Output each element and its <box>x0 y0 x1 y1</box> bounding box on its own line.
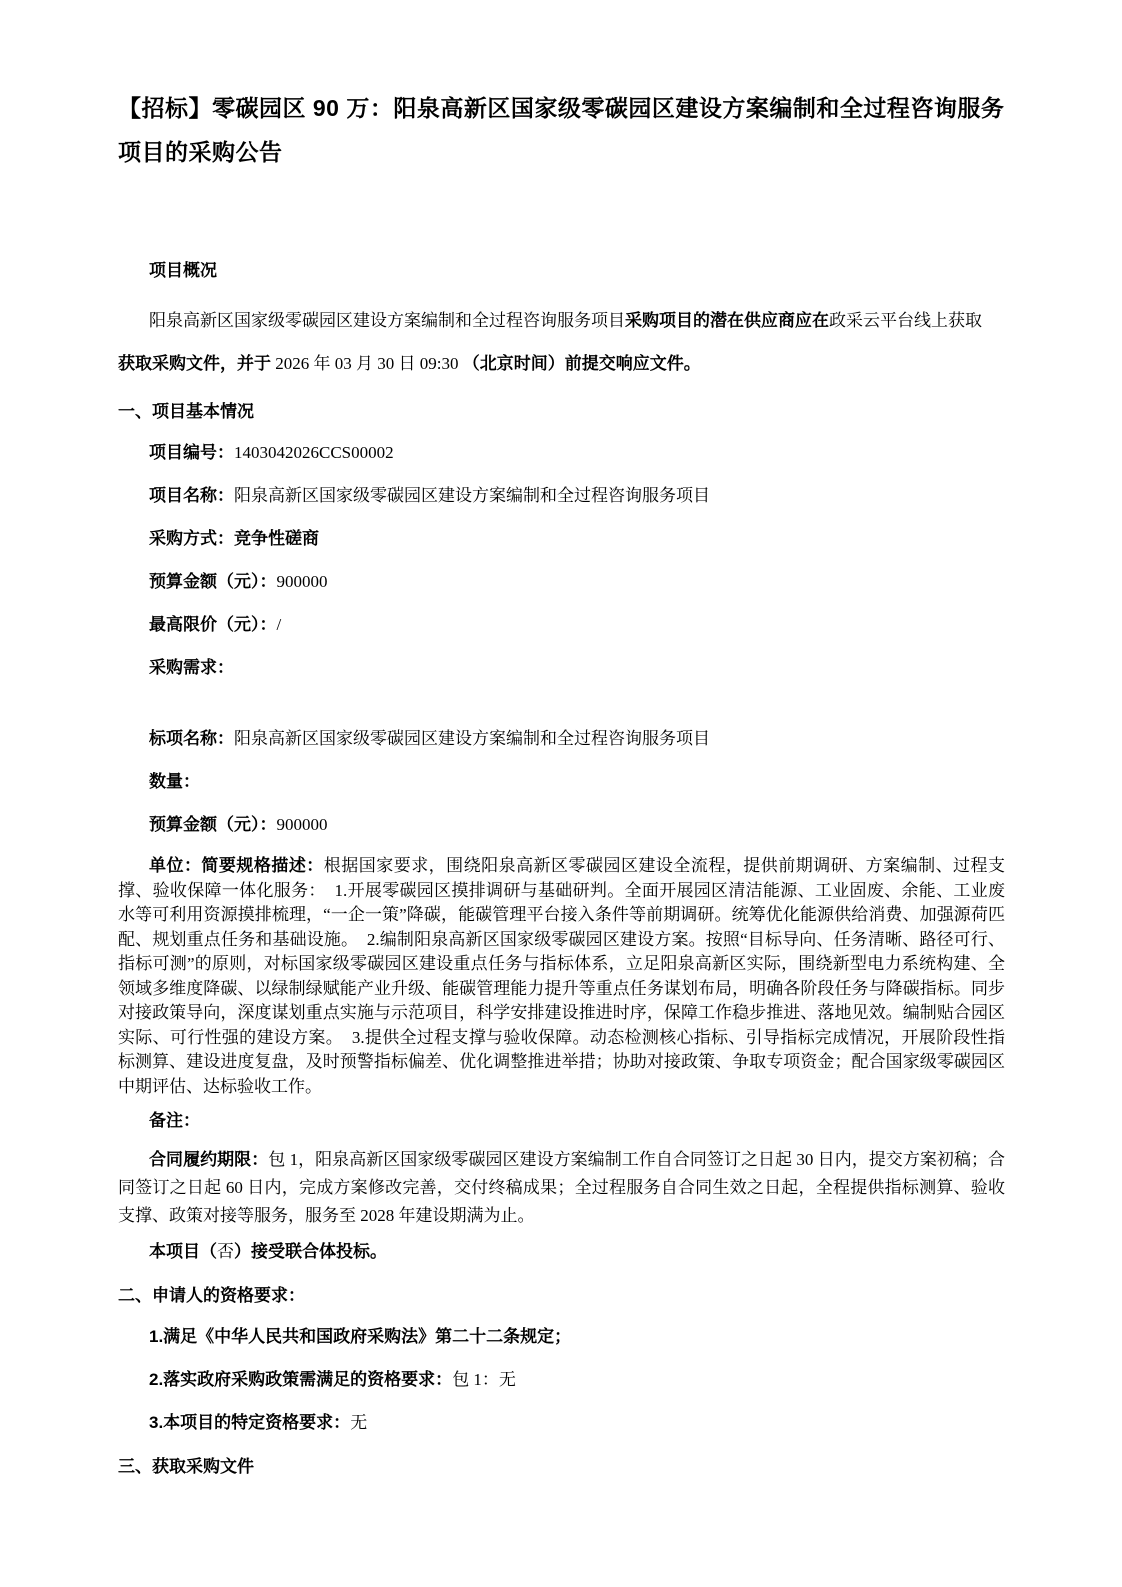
remark-label: 备注： <box>149 1111 200 1130</box>
contract-term-paragraph: 合同履约期限：包 1，阳泉高新区国家级零碳园区建设方案编制工作自合同签订之日起 … <box>118 1146 1005 1230</box>
item-text: 3.本项目的特定资格要求： <box>149 1413 350 1432</box>
field-row-lot-name: 标项名称：阳泉高新区国家级零碳园区建设方案编制和全过程咨询服务项目 <box>118 717 1005 760</box>
joint-bid-answer: 否 <box>217 1242 234 1261</box>
joint-bid-row: 本项目（否）接受联合体投标。 <box>118 1230 1005 1273</box>
qualification-items: 1.满足《中华人民共和国政府采购法》第二十二条规定； 2.落实政府采购政策需满足… <box>118 1315 1005 1444</box>
field-label: 采购方式： <box>149 529 234 548</box>
item-value: 包 1：无 <box>452 1370 516 1389</box>
field-label: 预算金额（元）： <box>149 815 277 834</box>
field-row-lot-budget: 预算金额（元）：900000 <box>118 803 1005 846</box>
field-row-project-number: 项目编号：1403042026CCS00002 <box>118 431 1005 474</box>
spec-label: 单位：简要规格描述： <box>149 856 324 875</box>
qualification-item-3: 3.本项目的特定资格要求：无 <box>118 1401 1005 1444</box>
qualification-item-1: 1.满足《中华人民共和国政府采购法》第二十二条规定； <box>118 1315 1005 1358</box>
overview-heading: 项目概况 <box>118 256 1005 281</box>
joint-bid-prefix: 本项目（ <box>149 1242 217 1261</box>
field-label: 数量： <box>149 772 200 791</box>
overview-deadline-suffix: （北京时间）前提交响应文件。 <box>463 354 701 373</box>
basic-fields: 项目编号：1403042026CCS00002 项目名称：阳泉高新区国家级零碳园… <box>118 431 1005 689</box>
field-row-budget: 预算金额（元）：900000 <box>118 560 1005 603</box>
field-row-project-name: 项目名称：阳泉高新区国家级零碳园区建设方案编制和全过程咨询服务项目 <box>118 474 1005 517</box>
field-label: 项目编号： <box>149 443 234 462</box>
field-label: 项目名称： <box>149 486 234 505</box>
overview-paragraph: 阳泉高新区国家级零碳园区建设方案编制和全过程咨询服务项目采购项目的潜在供应商应在… <box>118 299 1005 385</box>
page-title: 【招标】零碳园区 90 万：阳泉高新区国家级零碳园区建设方案编制和全过程咨询服务… <box>118 86 1005 174</box>
overview-line-1: 阳泉高新区国家级零碳园区建设方案编制和全过程咨询服务项目采购项目的潜在供应商应在… <box>118 299 1005 342</box>
field-row-max-price: 最高限价（元）：/ <box>118 603 1005 646</box>
field-row-quantity: 数量： <box>118 760 1005 803</box>
field-row-procurement-method: 采购方式：竞争性磋商 <box>118 517 1005 560</box>
field-value: 900000 <box>277 815 328 834</box>
overview-deadline-date: 2026 年 03 月 30 日 09:30 <box>271 354 463 373</box>
spec-description-paragraph: 单位：简要规格描述：根据国家要求，围绕阳泉高新区零碳园区建设全流程，提供前期调研… <box>118 854 1005 1099</box>
field-value: 竞争性磋商 <box>234 529 319 548</box>
qualification-item-2: 2.落实政府采购政策需满足的资格要求：包 1：无 <box>118 1358 1005 1401</box>
field-label: 采购需求： <box>149 658 234 677</box>
document-page: 【招标】零碳园区 90 万：阳泉高新区国家级零碳园区建设方案编制和全过程咨询服务… <box>0 0 1122 1587</box>
item-value: 无 <box>350 1413 367 1432</box>
field-row-procurement-demand: 采购需求： <box>118 646 1005 689</box>
lot-fields: 标项名称：阳泉高新区国家级零碳园区建设方案编制和全过程咨询服务项目 数量： 预算… <box>118 717 1005 846</box>
item-text: 1.满足《中华人民共和国政府采购法》第二十二条规定； <box>149 1327 571 1346</box>
field-value: 阳泉高新区国家级零碳园区建设方案编制和全过程咨询服务项目 <box>234 729 710 748</box>
field-label: 最高限价（元）： <box>149 615 277 634</box>
overview-deadline-prefix: 获取采购文件，并于 <box>118 354 271 373</box>
field-value: 阳泉高新区国家级零碳园区建设方案编制和全过程咨询服务项目 <box>234 486 710 505</box>
section-3-heading: 三、获取采购文件 <box>118 1456 1005 1478</box>
overview-line-2: 获取采购文件，并于 2026 年 03 月 30 日 09:30 （北京时间）前… <box>118 342 1005 385</box>
overview-project-name: 阳泉高新区国家级零碳园区建设方案编制和全过程咨询服务项目 <box>149 311 625 330</box>
field-value: / <box>277 615 282 634</box>
field-label: 预算金额（元）： <box>149 572 277 591</box>
overview-emphasis: 采购项目的潜在供应商应在 <box>625 311 829 330</box>
item-text: 2.落实政府采购政策需满足的资格要求： <box>149 1370 452 1389</box>
spec-text: 根据国家要求，围绕阳泉高新区零碳园区建设全流程，提供前期调研、方案编制、过程支撑… <box>118 856 1005 1096</box>
field-label: 标项名称： <box>149 729 234 748</box>
field-value: 1403042026CCS00002 <box>234 443 394 462</box>
overview-platform: 政采云平台线上获取 <box>829 311 982 330</box>
remark-row: 备注： <box>118 1099 1005 1142</box>
field-value: 900000 <box>277 572 328 591</box>
section-1-heading: 一、项目基本情况 <box>118 401 1005 423</box>
contract-term-label: 合同履约期限： <box>149 1150 268 1169</box>
joint-bid-suffix: ）接受联合体投标。 <box>234 1242 387 1261</box>
section-2-heading: 二、申请人的资格要求： <box>118 1285 1005 1307</box>
